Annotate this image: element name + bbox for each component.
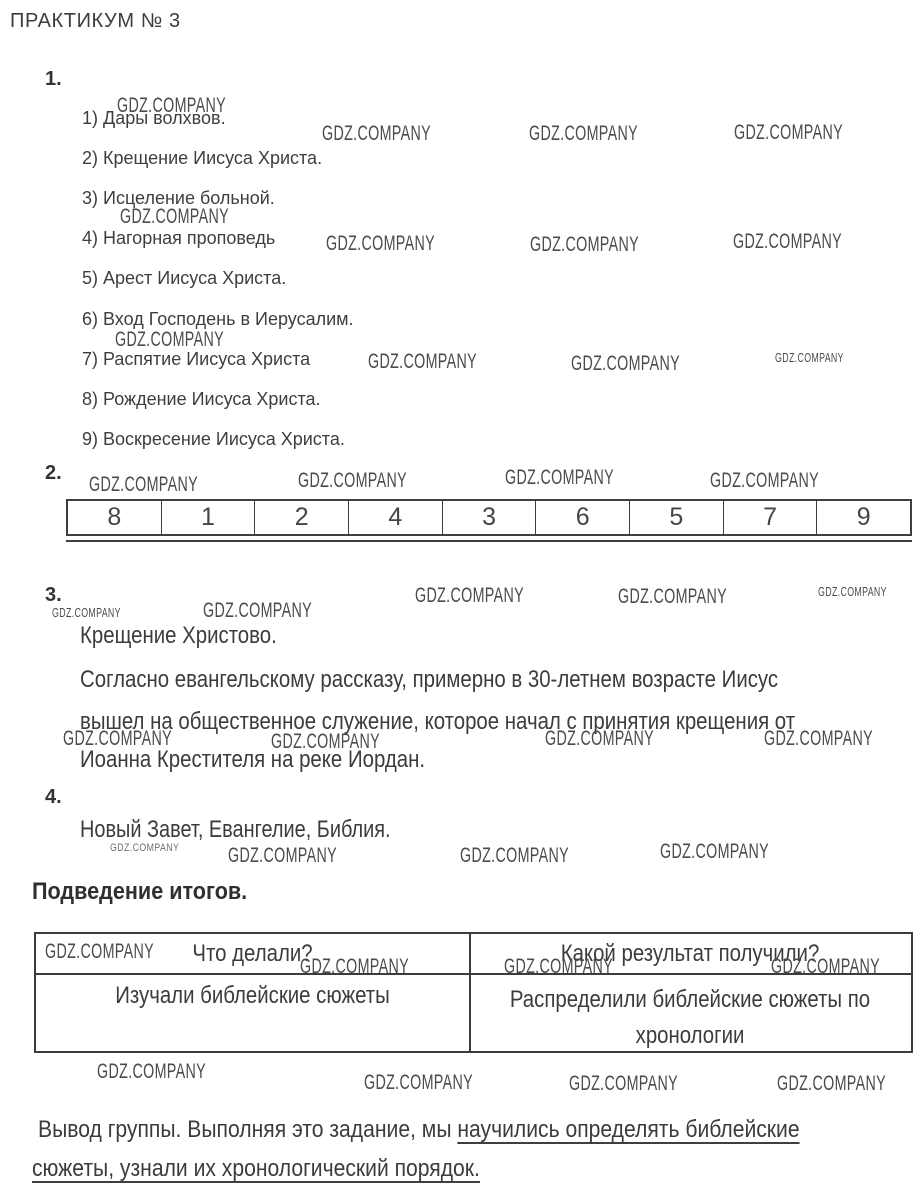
watermark: GDZ.COMPANY — [120, 206, 229, 227]
watermark: GDZ.COMPANY — [326, 233, 435, 254]
watermark: GDZ.COMPANY — [115, 329, 224, 350]
summary-heading: Подведение итогов. — [32, 878, 247, 906]
bible-event-item: 7) Распятие Иисуса Христа — [82, 349, 310, 370]
answer-order-cell: 7 — [724, 501, 818, 534]
page-title: ПРАКТИКУМ № 3 — [10, 10, 181, 33]
watermark: GDZ.COMPANY — [368, 351, 477, 372]
summary-table: Что делали? Какой результат получили? Из… — [34, 932, 913, 1053]
watermark: GDZ.COMPANY — [364, 1072, 473, 1093]
group-conclusion-line-2: сюжеты, узнали их хронологический порядо… — [32, 1155, 480, 1183]
bible-event-item: 5) Арест Иисуса Христа. — [82, 268, 286, 289]
task3-heading: Крещение Христово. — [80, 622, 277, 650]
watermark: GDZ.COMPANY — [298, 470, 407, 491]
watermark: GDZ.COMPANY — [300, 956, 409, 977]
summary-col1-value: Изучали библейские сюжеты — [68, 982, 436, 1010]
watermark: GDZ.COMPANY — [777, 1073, 886, 1094]
watermark: GDZ.COMPANY — [505, 467, 614, 488]
bible-event-item: 9) Воскресение Иисуса Христа. — [82, 429, 345, 450]
conclusion-underlined-1: научились определять библейские — [457, 1116, 799, 1143]
task3-paragraph-line: Согласно евангельскому рассказу, примерн… — [80, 666, 778, 694]
watermark: GDZ.COMPANY — [771, 956, 880, 977]
answer-order-cell: 3 — [443, 501, 537, 534]
answer-order-cell: 2 — [255, 501, 349, 534]
answer-order-cell: 1 — [162, 501, 256, 534]
watermark: GDZ.COMPANY — [775, 351, 844, 364]
watermark: GDZ.COMPANY — [117, 95, 226, 116]
conclusion-prefix: Вывод группы. Выполняя это задание, мы — [38, 1116, 457, 1143]
watermark: GDZ.COMPANY — [660, 841, 769, 862]
watermark: GDZ.COMPANY — [733, 231, 842, 252]
watermark: GDZ.COMPANY — [45, 941, 154, 962]
watermark: GDZ.COMPANY — [618, 586, 727, 607]
watermark: GDZ.COMPANY — [415, 585, 524, 606]
conclusion-underlined-2: сюжеты, узнали их хронологический порядо… — [32, 1155, 480, 1182]
watermark: GDZ.COMPANY — [734, 122, 843, 143]
watermark: GDZ.COMPANY — [460, 845, 569, 866]
answer-order-cell: 8 — [68, 501, 162, 534]
watermark: GDZ.COMPANY — [569, 1073, 678, 1094]
section-4-number: 4. — [45, 786, 62, 809]
watermark: GDZ.COMPANY — [529, 123, 638, 144]
watermark: GDZ.COMPANY — [63, 728, 172, 749]
summary-col2-value: Распределили библейские сюжеты по хронол… — [469, 982, 911, 1054]
answer-order-cell: 4 — [349, 501, 443, 534]
watermark: GDZ.COMPANY — [764, 728, 873, 749]
watermark: GDZ.COMPANY — [322, 123, 431, 144]
answer-order-cell: 6 — [536, 501, 630, 534]
bible-event-item: 8) Рождение Иисуса Христа. — [82, 389, 321, 410]
task4-answer: Новый Завет, Евангелие, Библия. — [80, 816, 391, 844]
watermark: GDZ.COMPANY — [818, 585, 887, 598]
task3-paragraph-line: вышел на общественное служение, которое … — [80, 708, 795, 736]
section-1-number: 1. — [45, 68, 62, 91]
watermark: GDZ.COMPANY — [52, 606, 121, 619]
watermark: GDZ.COMPANY — [271, 731, 380, 752]
watermark: GDZ.COMPANY — [571, 353, 680, 374]
watermark: GDZ.COMPANY — [97, 1061, 206, 1082]
group-conclusion-line-1: Вывод группы. Выполняя это задание, мы н… — [38, 1116, 800, 1144]
watermark: GDZ.COMPANY — [110, 843, 179, 854]
table-double-rule — [66, 540, 912, 542]
watermark: GDZ.COMPANY — [203, 600, 312, 621]
watermark: GDZ.COMPANY — [545, 728, 654, 749]
section-3-number: 3. — [45, 584, 62, 607]
watermark: GDZ.COMPANY — [504, 956, 613, 977]
bible-event-item: 6) Вход Господень в Иерусалим. — [82, 309, 354, 330]
watermark: GDZ.COMPANY — [710, 470, 819, 491]
watermark: GDZ.COMPANY — [228, 845, 337, 866]
document-page: ПРАКТИКУМ № 3 1. 1) Дары волхвов. 2) Кре… — [0, 0, 924, 1187]
watermark: GDZ.COMPANY — [89, 474, 198, 495]
section-2-number: 2. — [45, 462, 62, 485]
answer-order-table: 8 1 2 4 3 6 5 7 9 — [66, 499, 912, 536]
bible-event-item: 4) Нагорная проповедь — [82, 228, 275, 249]
answer-order-cell: 5 — [630, 501, 724, 534]
bible-event-item: 2) Крещение Иисуса Христа. — [82, 148, 322, 169]
answer-order-cell: 9 — [817, 501, 910, 534]
watermark: GDZ.COMPANY — [530, 234, 639, 255]
